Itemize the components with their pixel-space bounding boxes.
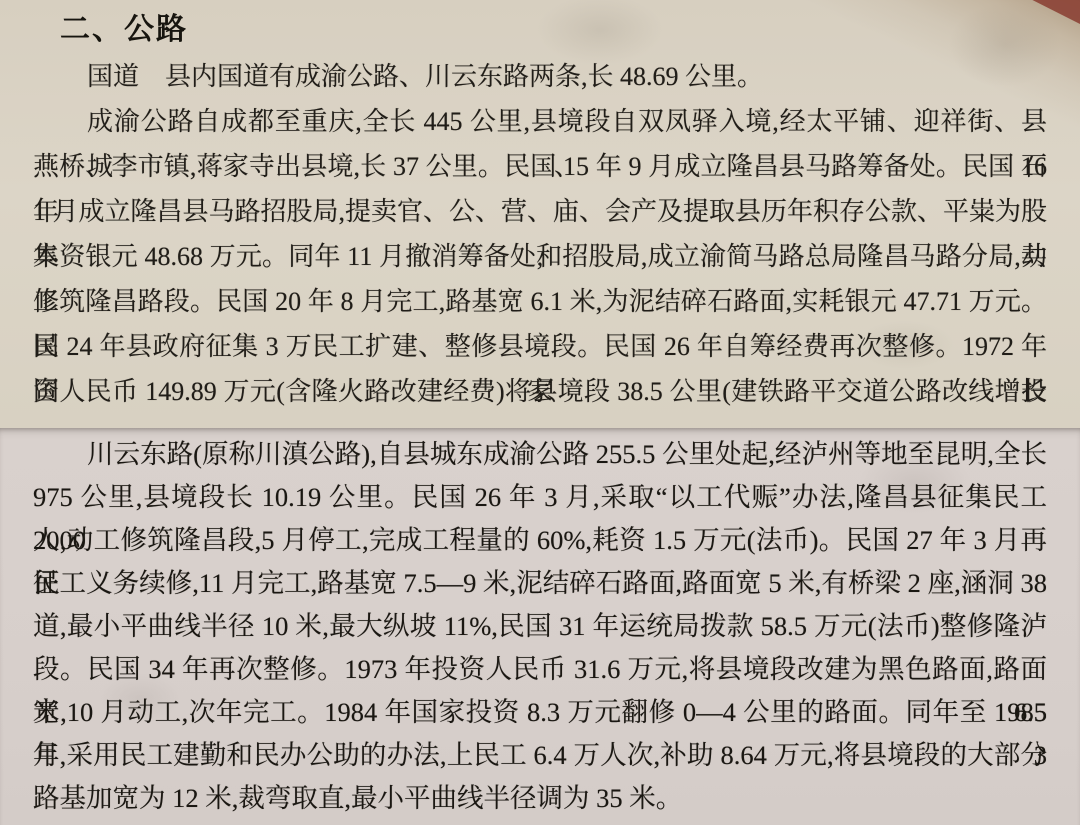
text-line: 路基加宽为 12 米,裁弯取直,最小平曲线半径调为 35 米。 [33, 777, 1047, 820]
text-line: 道,最小平曲线半径 10 米,最大纵坡 11%,民国 31 年运统局拨款 58.… [33, 605, 1047, 648]
section-heading: 二、公路 [60, 10, 1047, 50]
text-line: 资人民币 149.89 万元(含隆火路改建经费)将县境段 38.5 公里(建铁路… [33, 369, 1047, 414]
scanned-document-page: 二、公路 国道 县内国道有成渝公路、川云东路两条,长 48.69 公里。 成渝公… [0, 0, 1080, 825]
text-line: 975 公里,县境段长 10.19 公里。民国 26 年 3 月,采取“以工代赈… [33, 476, 1047, 519]
text-line: 段。民国 34 年再次整修。1973 年投资人民币 31.6 万元,将县境段改建… [33, 648, 1047, 691]
text-line: 燕桥、李市镇,蒋家寺出县境,长 37 公里。民国 15 年 9 月成立隆昌县马路… [33, 144, 1047, 189]
text-line: 国 24 年县政府征集 3 万民工扩建、整修县境段。民国 26 年自筹经费再次整… [33, 324, 1047, 369]
text-line: 米,10 月动工,次年完工。1984 年国家投资 8.3 万元翻修 0—4 公里… [33, 691, 1047, 734]
text-line: 1 月成立隆昌县马路招股局,提卖官、公、营、庙、会产及提取县历年积存公款、平粜为… [33, 189, 1047, 234]
text-line: 集资银元 48.68 万元。同年 11 月撤消筹备处和招股局,成立渝简马路总局隆… [33, 234, 1047, 279]
text-line: 月,采用民工建勤和民办公助的办法,上民工 6.4 万人次,补助 8.64 万元,… [33, 734, 1047, 777]
scan-top-section: 二、公路 国道 县内国道有成渝公路、川云东路两条,长 48.69 公里。 成渝公… [0, 0, 1080, 428]
text-line: 川云东路(原称川滇公路),自县城东成渝公路 255.5 公里处起,经泸州等地至昆… [33, 433, 1047, 476]
text-line: 国道 县内国道有成渝公路、川云东路两条,长 48.69 公里。 [33, 54, 1047, 99]
text-line: 成渝公路自成都至重庆,全长 445 公里,县境段自双凤驿入境,经太平铺、迎祥街、… [33, 99, 1047, 144]
text-line: 人,动工修筑隆昌段,5 月停工,完成工程量的 60%,耗资 1.5 万元(法币)… [33, 519, 1047, 562]
scan-bottom-section: 川云东路(原称川滇公路),自县城东成渝公路 255.5 公里处起,经泸州等地至昆… [0, 428, 1080, 825]
text-line: 修筑隆昌路段。民国 20 年 8 月完工,路基宽 6.1 米,为泥结碎石路面,实… [33, 279, 1047, 324]
text-line: 民工义务续修,11 月完工,路基宽 7.5—9 米,泥结碎石路面,路面宽 5 米… [33, 562, 1047, 605]
